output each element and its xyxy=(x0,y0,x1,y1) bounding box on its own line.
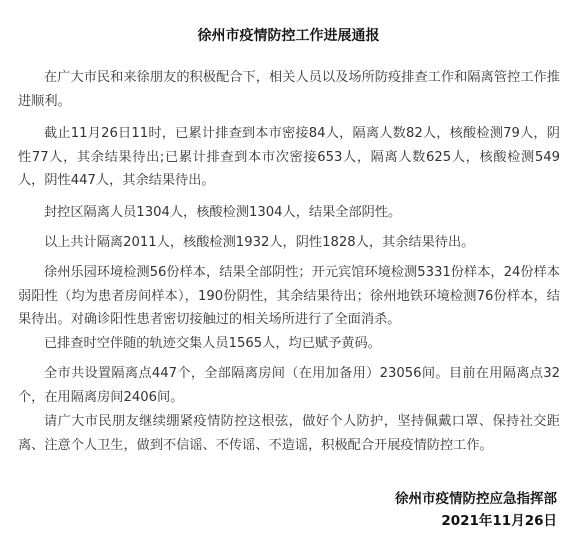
paragraph-totals: 以上共计隔离2011人，核酸检测1932人，阴性1828人，其余结果待出。 xyxy=(18,231,560,255)
signature-issuer: 徐州市疫情防控应急指挥部 xyxy=(395,487,557,507)
paragraph-intro: 在广大市民和来徐朋友的积极配合下，相关人员以及场所防疫排查工作和隔离管控工作推进… xyxy=(18,66,560,113)
document-title: 徐州市疫情防控工作进展通报 xyxy=(0,25,577,45)
paragraph-spatiotemporal: 已排查时空伴随的轨迹交集人员1565人，均已赋予黄码。 xyxy=(18,332,560,356)
notice-document: 徐州市疫情防控工作进展通报 在广大市民和来徐朋友的积极配合下，相关人员以及场所防… xyxy=(0,0,577,547)
signature-date: 2021年11月26日 xyxy=(441,509,557,529)
paragraph-lockdown-zone: 封控区隔离人员1304人，核酸检测1304人，结果全部阴性。 xyxy=(18,201,560,225)
paragraph-appeal: 请广大市民朋友继续绷紧疫情防控这根弦，做好个人防护，坚持佩戴口罩、保持社交距离、… xyxy=(18,410,560,457)
paragraph-contacts: 截止11月26日11时，已累计排查到本市密接84人，隔离人数82人，核酸检测79… xyxy=(18,122,560,193)
paragraph-environment-tests: 徐州乐园环境检测56份样本，结果全部阴性；开元宾馆环境检测5331份样本，24份… xyxy=(18,261,560,332)
paragraph-quarantine-sites: 全市共设置隔离点447个，全部隔离房间（在用加备用）23056间。目前在用隔离点… xyxy=(18,362,560,409)
